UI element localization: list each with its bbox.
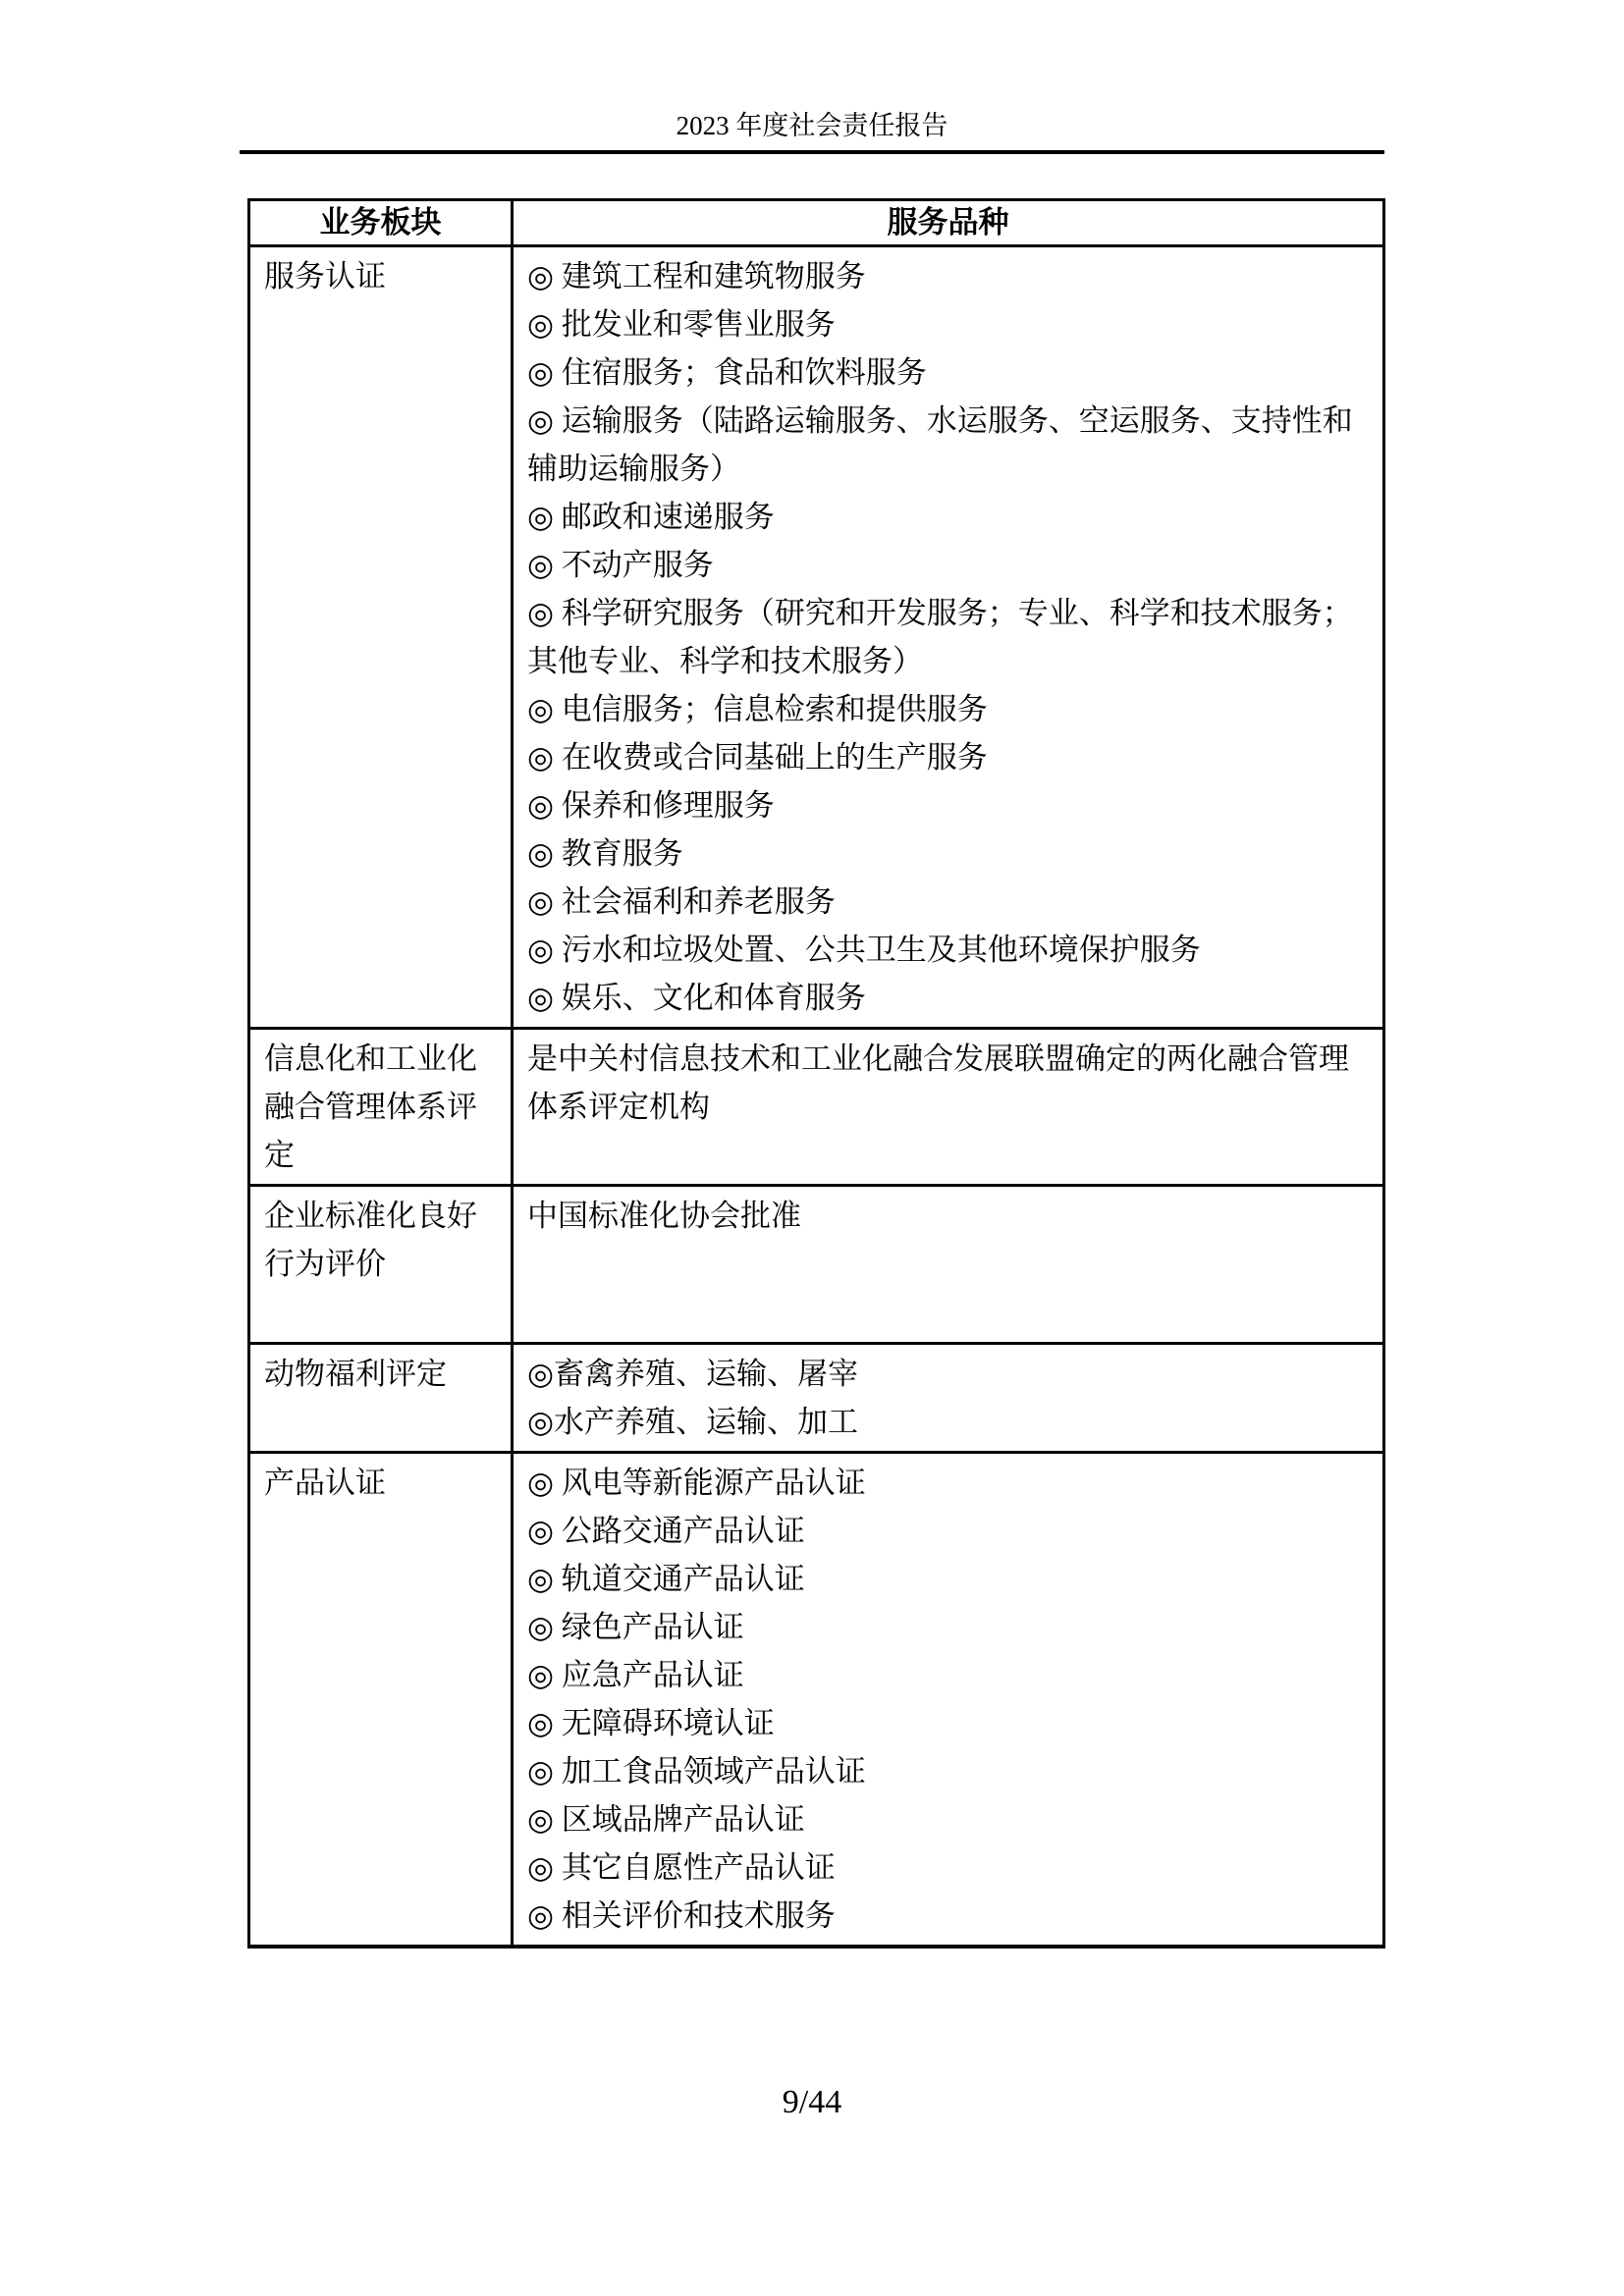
service-item: ◎ 应急产品认证 (527, 1651, 1375, 1699)
table-row-product-certification: 产品认证 ◎ 风电等新能源产品认证 ◎ 公路交通产品认证 ◎ 轨道交通产品认证 … (249, 1453, 1384, 1948)
service-item: ◎ 邮政和速递服务 (527, 493, 1375, 541)
sector-cell: 产品认证 (249, 1453, 513, 1948)
service-item: ◎ 污水和垃圾处置、公共卫生及其他环境保护服务 (527, 926, 1375, 974)
service-item: ◎ 建筑工程和建筑物服务 (527, 252, 1375, 300)
table-row-it-industrialization: 信息化和工业化融合管理体系评定 是中关村信息技术和工业化融合发展联盟确定的两化融… (249, 1029, 1384, 1186)
service-item: ◎ 无障碍环境认证 (527, 1699, 1375, 1747)
service-item: ◎ 轨道交通产品认证 (527, 1555, 1375, 1603)
service-item: ◎ 教育服务 (527, 829, 1375, 878)
table-row-animal-welfare: 动物福利评定 ◎畜禽养殖、运输、屠宰 ◎水产养殖、运输、加工 (249, 1344, 1384, 1453)
header-rule (240, 150, 1384, 154)
service-item: ◎ 批发业和零售业服务 (527, 300, 1375, 348)
document-page: 2023 年度社会责任报告 业务板块 服务品种 服务认证 ◎ 建筑工程和建筑物服… (0, 0, 1624, 2296)
table-header-row: 业务板块 服务品种 (249, 200, 1384, 246)
service-item: ◎ 公路交通产品认证 (527, 1507, 1375, 1555)
sector-cell: 服务认证 (249, 246, 513, 1029)
services-cell: ◎畜禽养殖、运输、屠宰 ◎水产养殖、运输、加工 (513, 1344, 1384, 1453)
service-item: ◎ 不动产服务 (527, 541, 1375, 589)
service-item: ◎ 科学研究服务（研究和开发服务；专业、科学和技术服务；其他专业、科学和技术服务… (527, 589, 1375, 685)
service-item: 中国标准化协会批准 (527, 1192, 1375, 1240)
column-header-sector: 业务板块 (249, 200, 513, 246)
column-header-services: 服务品种 (513, 200, 1384, 246)
sector-cell: 动物福利评定 (249, 1344, 513, 1453)
service-item: ◎水产养殖、运输、加工 (527, 1398, 1375, 1446)
service-item: ◎ 其它自愿性产品认证 (527, 1843, 1375, 1892)
table-row-service-certification: 服务认证 ◎ 建筑工程和建筑物服务 ◎ 批发业和零售业服务 ◎ 住宿服务；食品和… (249, 246, 1384, 1029)
services-cell: 是中关村信息技术和工业化融合发展联盟确定的两化融合管理体系评定机构 (513, 1029, 1384, 1186)
service-item: ◎畜禽养殖、运输、屠宰 (527, 1350, 1375, 1398)
business-services-table: 业务板块 服务品种 服务认证 ◎ 建筑工程和建筑物服务 ◎ 批发业和零售业服务 … (247, 198, 1385, 1949)
service-item: 是中关村信息技术和工业化融合发展联盟确定的两化融合管理体系评定机构 (527, 1035, 1375, 1131)
page-number: 9/44 (0, 2083, 1624, 2122)
service-item: ◎ 社会福利和养老服务 (527, 878, 1375, 926)
page-header-title: 2023 年度社会责任报告 (0, 0, 1624, 142)
service-item: ◎ 在收费或合同基础上的生产服务 (527, 733, 1375, 781)
service-item: ◎ 住宿服务；食品和饮料服务 (527, 348, 1375, 397)
service-item: ◎ 电信服务；信息检索和提供服务 (527, 685, 1375, 733)
service-item: ◎ 相关评价和技术服务 (527, 1892, 1375, 1940)
services-cell: ◎ 建筑工程和建筑物服务 ◎ 批发业和零售业服务 ◎ 住宿服务；食品和饮料服务 … (513, 246, 1384, 1029)
service-item: ◎ 区域品牌产品认证 (527, 1795, 1375, 1843)
service-item: ◎ 风电等新能源产品认证 (527, 1459, 1375, 1507)
service-item: ◎ 运输服务（陆路运输服务、水运服务、空运服务、支持性和辅助运输服务） (527, 397, 1375, 493)
service-item: ◎ 加工食品领域产品认证 (527, 1747, 1375, 1795)
services-cell: 中国标准化协会批准 (513, 1186, 1384, 1344)
service-item: ◎ 保养和修理服务 (527, 781, 1375, 829)
service-item: ◎ 绿色产品认证 (527, 1603, 1375, 1651)
services-cell: ◎ 风电等新能源产品认证 ◎ 公路交通产品认证 ◎ 轨道交通产品认证 ◎ 绿色产… (513, 1453, 1384, 1948)
table-row-standardization: 企业标准化良好行为评价 中国标准化协会批准 (249, 1186, 1384, 1344)
sector-cell: 信息化和工业化融合管理体系评定 (249, 1029, 513, 1186)
sector-cell: 企业标准化良好行为评价 (249, 1186, 513, 1344)
service-item: ◎ 娱乐、文化和体育服务 (527, 974, 1375, 1022)
